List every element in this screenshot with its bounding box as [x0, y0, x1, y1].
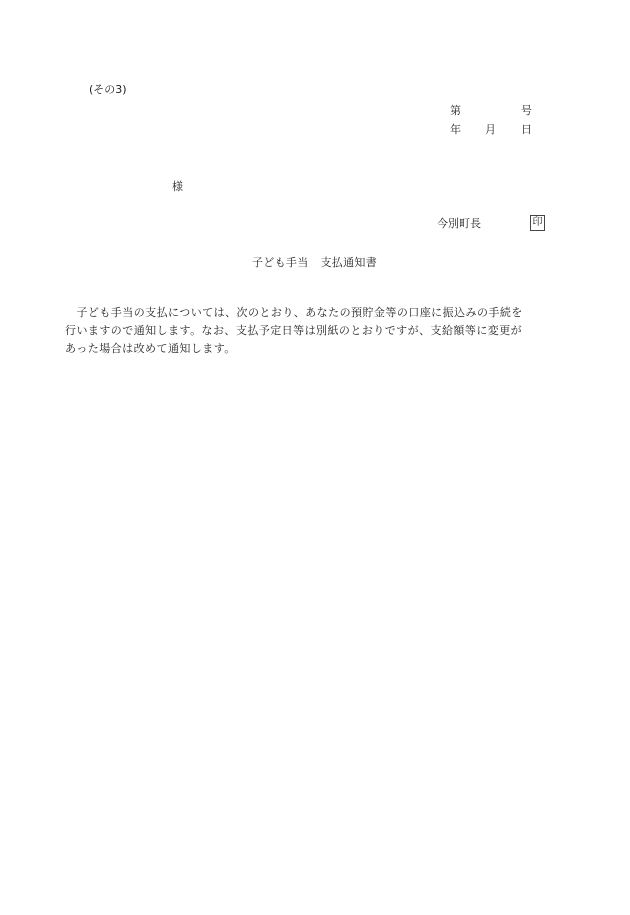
seal-stamp-icon: 印: [530, 215, 545, 231]
number-suffix: 号: [521, 104, 532, 118]
body-paragraph: 子ども手当の支払については、次のとおり、あなたの預貯金等の口座に振込みの手続を …: [65, 304, 585, 358]
date-day-label: 日: [521, 123, 532, 137]
body-line-3: あった場合は改めて通知します。: [65, 340, 585, 358]
issuer-name: 今別町長: [437, 217, 481, 231]
addressee-honorific: 様: [172, 180, 183, 194]
body-line-2: 行いますので通知します。なお、支払予定日等は別紙のとおりですが、支給額等に変更が: [65, 322, 585, 340]
date-year-label: 年: [450, 123, 461, 137]
title-part-2: 支払通知書: [321, 256, 378, 269]
date-month-label: 月: [485, 123, 496, 137]
number-prefix: 第: [450, 104, 461, 118]
title-part-1: 子ども手当: [252, 256, 309, 269]
body-line-1: 子ども手当の支払については、次のとおり、あなたの預貯金等の口座に振込みの手続を: [65, 304, 585, 322]
form-number: (その3): [89, 83, 127, 97]
document-title: 子ども手当支払通知書: [252, 256, 377, 270]
